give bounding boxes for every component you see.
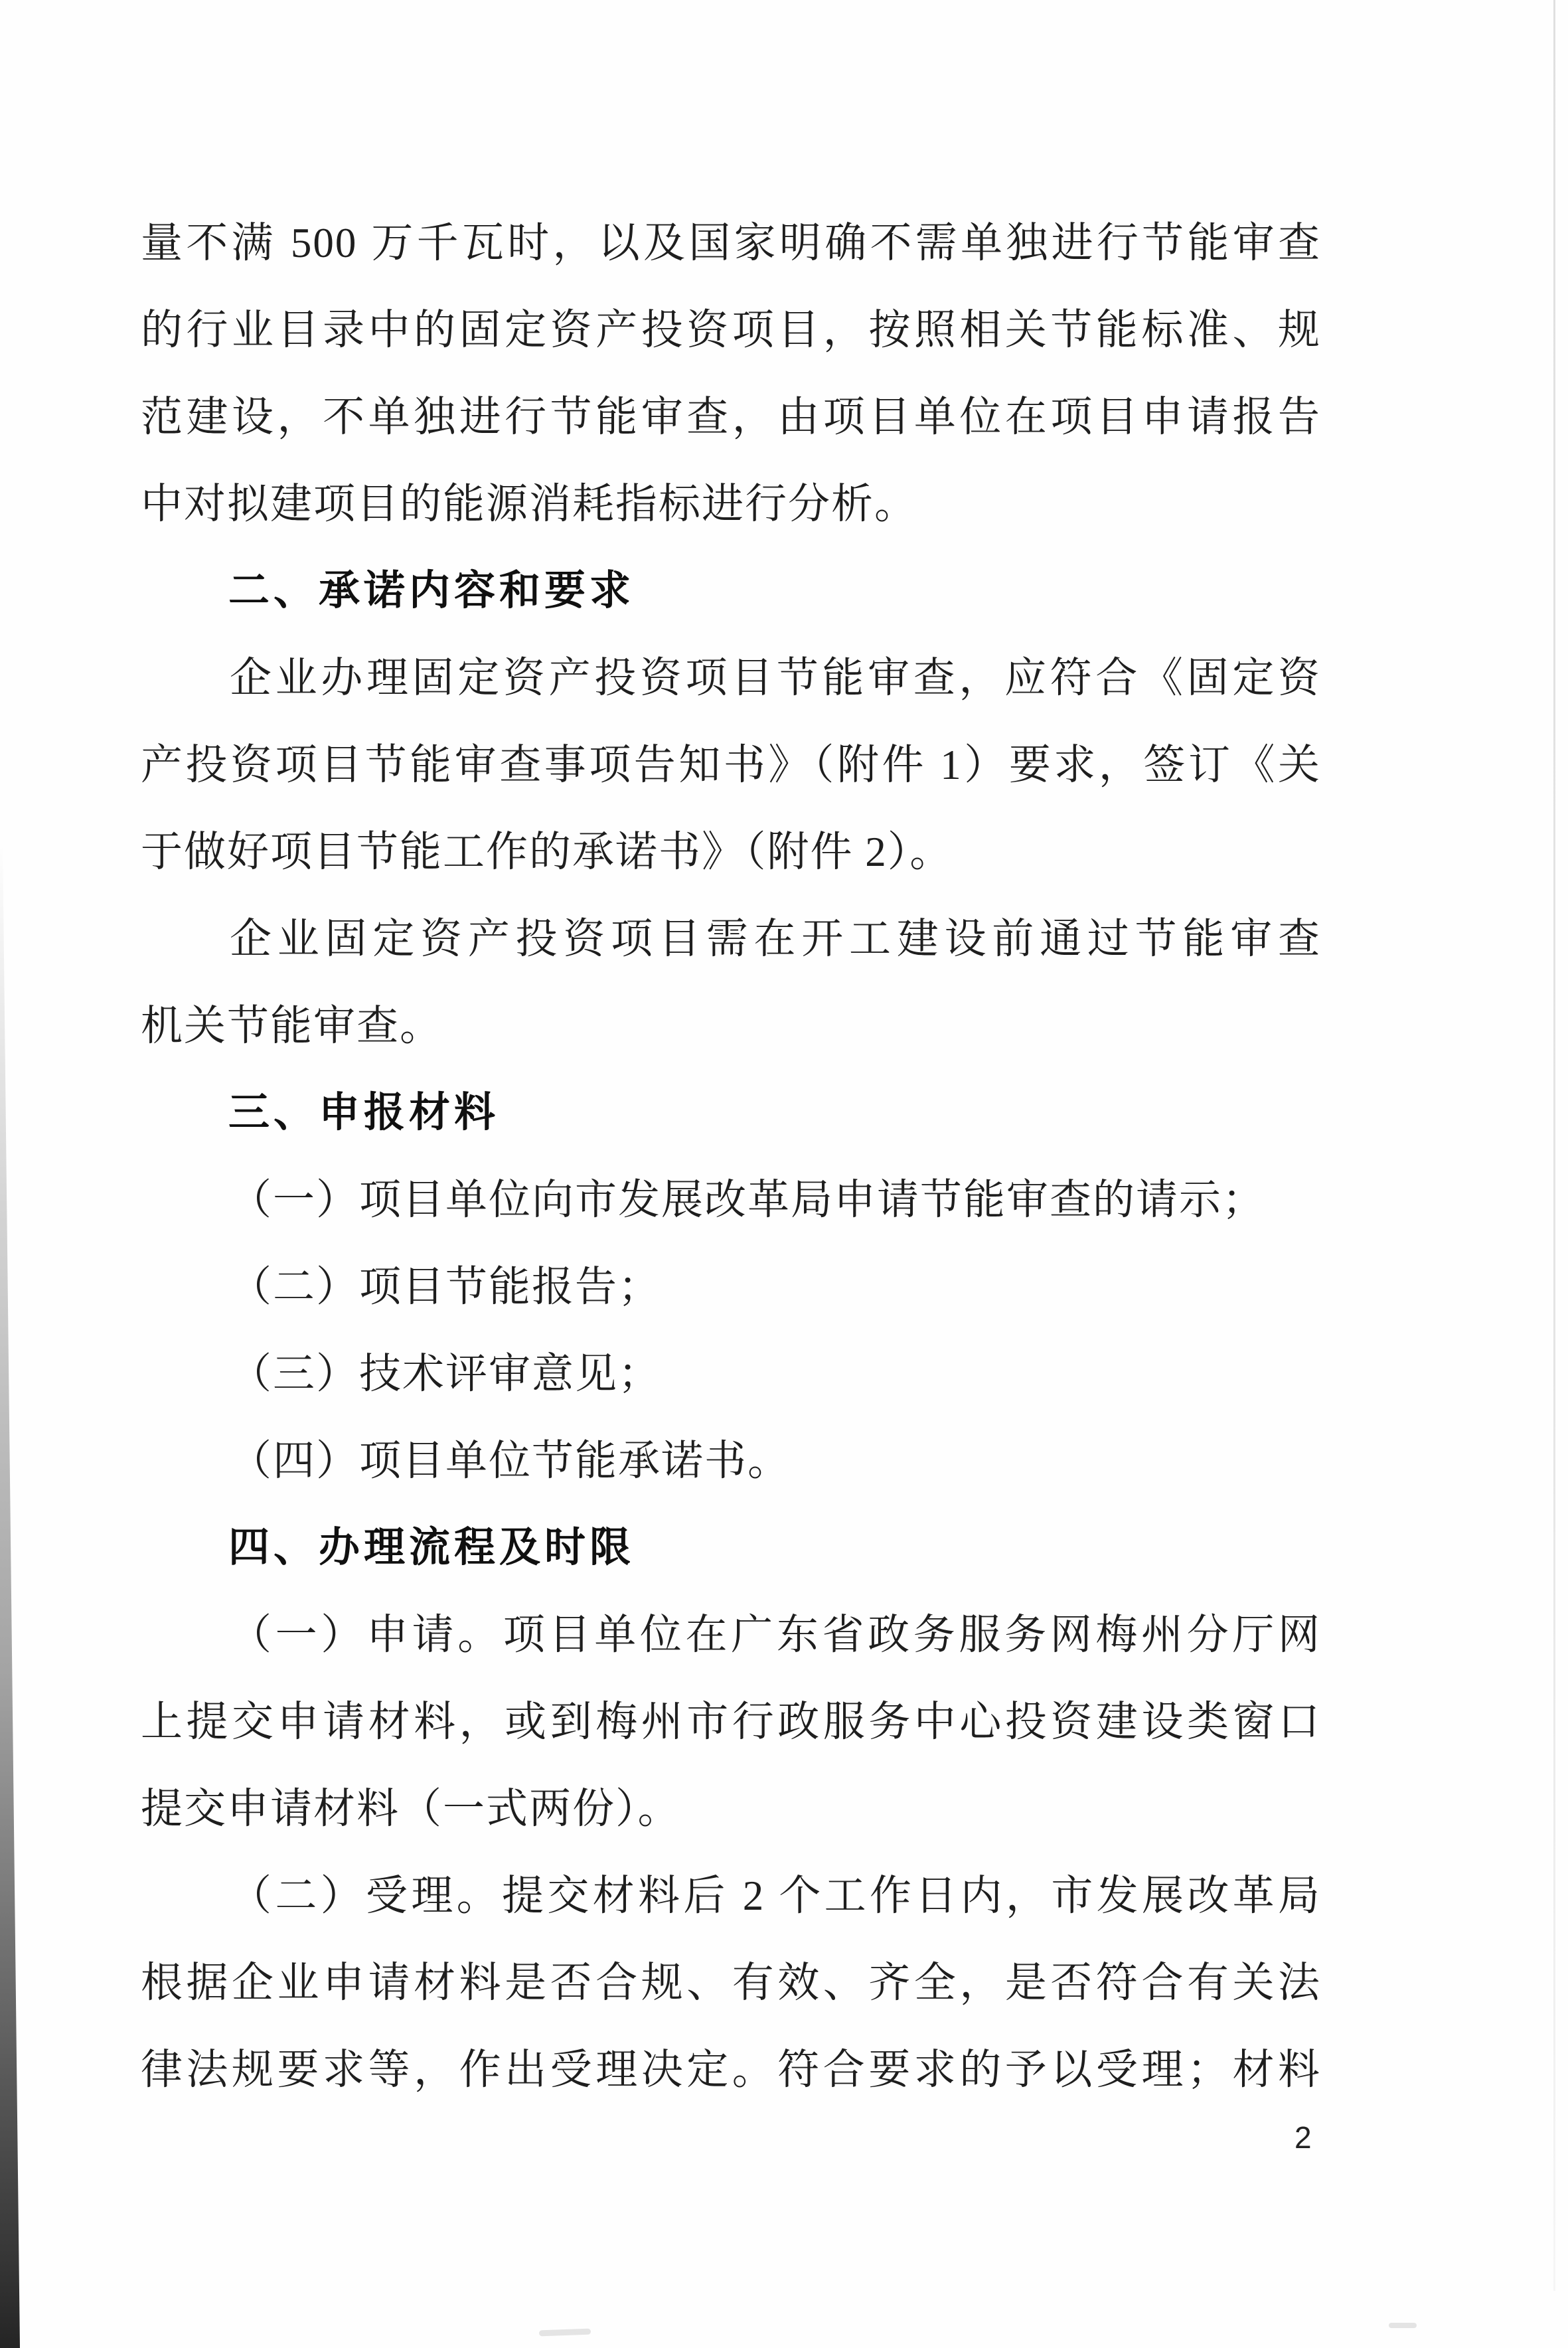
body-line: 于做好项目节能工作的承诺书》（附件 2）。 — [141, 828, 1321, 876]
body-line: 机关节能审查。 — [141, 1002, 1321, 1050]
body-line: 提交申请材料（一式两份）。 — [141, 1785, 1321, 1833]
section-heading-4: 四、办理流程及时限 — [228, 1524, 1330, 1572]
body-line: 企业固定资产投资项目需在开工建设前通过节能审查 — [230, 915, 1321, 963]
body-line: 上提交申请材料，或到梅州市行政服务中心投资建设类窗口 — [141, 1698, 1321, 1746]
body-line: 的行业目录中的固定资产投资项目，按照相关节能标准、规 — [141, 306, 1321, 354]
scan-smudge — [539, 2329, 591, 2337]
list-item-line: （四）项目单位节能承诺书。 — [230, 1437, 1321, 1485]
list-item-line: （一）项目单位向市发展改革局申请节能审查的请示； — [230, 1176, 1321, 1224]
list-item-line: （二）项目节能报告； — [230, 1263, 1321, 1311]
section-heading-3: 三、申报材料 — [228, 1089, 1330, 1137]
document-page: 量不满 500 万千瓦时，以及国家明确不需单独进行节能审查 的行业目录中的固定资… — [0, 0, 1568, 2348]
right-edge-scan-line — [1553, 0, 1555, 2291]
section-heading-2: 二、承诺内容和要求 — [228, 567, 1330, 615]
body-line: 律法规要求等，作出受理决定。符合要求的予以受理；材料 — [141, 2046, 1321, 2094]
scan-smudge — [1389, 2323, 1417, 2328]
body-line: 范建设，不单独进行节能审查，由项目单位在项目申请报告 — [141, 393, 1321, 441]
body-line: 中对拟建项目的能源消耗指标进行分析。 — [141, 480, 1321, 528]
body-line: 企业办理固定资产投资项目节能审查，应符合《固定资 — [230, 654, 1321, 702]
page-number: 2 — [1294, 2122, 1312, 2153]
left-edge-scan-shadow — [0, 843, 20, 2348]
body-line: 根据企业申请材料是否合规、有效、齐全，是否符合有关法 — [141, 1959, 1321, 2007]
body-line: （一）申请。项目单位在广东省政务服务网梅州分厅网 — [230, 1611, 1321, 1659]
list-item-line: （三）技术评审意见； — [230, 1350, 1321, 1398]
body-line: 量不满 500 万千瓦时，以及国家明确不需单独进行节能审查 — [141, 219, 1321, 267]
body-line: 产投资项目节能审查事项告知书》（附件 1）要求，签订《关 — [141, 741, 1321, 789]
body-line: （二）受理。提交材料后 2 个工作日内，市发展改革局 — [230, 1872, 1321, 1920]
